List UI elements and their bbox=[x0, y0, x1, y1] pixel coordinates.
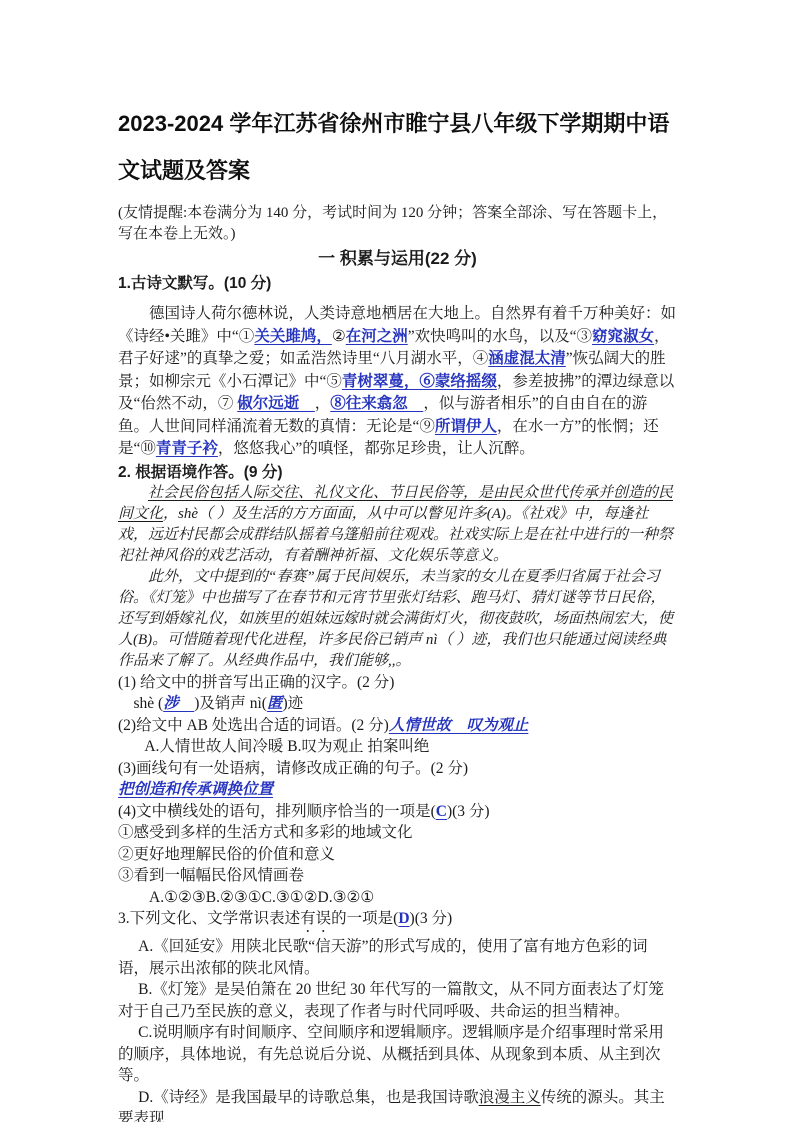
section-1-heading: 一 积累与运用(22 分) bbox=[118, 248, 677, 270]
question-1-passage: 德国诗人荷尔德林说，人类诗意地栖居在大地上。自然界有着千万种美好：如《诗经•关雎… bbox=[118, 303, 677, 461]
q1-answer-blank-2: 在河之洲 bbox=[346, 328, 408, 345]
question-2-4-item-1: ①感受到多样的生活方式和多彩的地域文化 bbox=[118, 822, 677, 844]
underlined-term: 浪漫主义 bbox=[479, 1089, 541, 1106]
question-2-3-answer: 把创造和传承调换位置 bbox=[118, 779, 677, 801]
question-2-2-label: (2)给文中 AB 处选出合适的词语。(2 分) bbox=[118, 717, 389, 734]
question-2-2-options: A.人情世故人间冷暖 B.叹为观止 拍案叫绝 bbox=[118, 736, 677, 758]
question-1-heading: 1.古诗文默写。(10 分) bbox=[118, 273, 677, 294]
question-2-4-label: (4)文中横线处的语句，排列顺序恰当的一项是(C)(3 分) bbox=[118, 801, 677, 823]
question-2-1-label: (1) 给文中的拼音写出正确的汉字。(2 分) bbox=[118, 672, 677, 694]
question-2-1-answer: shè (涉 )及销声 nì(匿)迹 bbox=[118, 693, 677, 715]
q1-answer-blank-4: 涵虚混太清 bbox=[488, 350, 566, 367]
document-page: 2023-2024 学年江苏省徐州市睢宁县八年级下学期期中语文试题及答案 (友情… bbox=[0, 0, 793, 1122]
question-3-option-d: D.《诗经》是我国最早的诗歌总集，也是我国诗歌浪漫主义传统的源头。其主要表现 bbox=[118, 1087, 677, 1122]
exam-title: 2023-2024 学年江苏省徐州市睢宁县八年级下学期期中语文试题及答案 bbox=[118, 100, 677, 194]
exam-notice: (友情提醒:本卷满分为 140 分，考试时间为 120 分钟；答案全部涂、写在答… bbox=[118, 203, 677, 245]
question-3-answer: D bbox=[398, 910, 409, 927]
question-2-4-item-2: ②更好地理解民俗的价值和意义 bbox=[118, 844, 677, 866]
question-2-heading: 2. 根据语境作答。(9 分) bbox=[118, 462, 677, 483]
passage-text: ，悠悠我心”的嗔怪，都弥足珍贵，让人沉醉。 bbox=[218, 440, 535, 457]
pinyin-answer-she: 涉 bbox=[163, 695, 194, 712]
heading-text: 的一项是( bbox=[331, 910, 398, 927]
question-2-4-choices: A.①②③B.②③①C.③①②D.③②① bbox=[118, 887, 677, 909]
question-3-option-c: C.说明顺序有时间顺序、空间顺序和逻辑顺序。逻辑顺序是介绍事理时常采用的顺序，具… bbox=[118, 1022, 677, 1087]
emphasis-word: 有误 bbox=[300, 910, 331, 927]
pinyin-answer-ni: 匿 bbox=[267, 695, 283, 712]
question-2-2-answer: 人情世故 叹为观止 bbox=[389, 717, 529, 734]
pinyin-text: shè ( bbox=[134, 695, 164, 712]
question-2-context-1: 社会民俗包括人际交往、礼仪文化、节日民俗等，是由民众世代传承并创造的民间文化，s… bbox=[118, 483, 677, 567]
question-2-3-label: (3)画线句有一处语病，请修改成正确的句子。(2 分) bbox=[118, 758, 677, 780]
passage-text: ”欢快鸣叫的水鸟，以及“③ bbox=[408, 328, 592, 345]
q1-answer-blank-9: 所谓伊人 bbox=[435, 418, 497, 435]
question-2-4-item-3: ③看到一幅幅民俗风情画卷 bbox=[118, 865, 677, 887]
q1-answer-blank-5-6: 青树翠蔓，⑥蒙络摇缀 bbox=[342, 373, 497, 390]
question-3-option-a: A.《回延安》用陕北民歌“信天游”的形式写成的，使用了富有地方色彩的词语，展示出… bbox=[118, 936, 677, 979]
passage-text: ， bbox=[315, 395, 331, 412]
context-text: ，shè（ ）及生活的方方面面，从中可以瞥见许多(A)。《社戏》中，每逢社戏，远… bbox=[118, 506, 673, 564]
q1-answer-blank-3: 窈窕淑女 bbox=[592, 328, 654, 345]
q1-answer-blank-1: 关关雎鸠， bbox=[254, 328, 332, 345]
pinyin-text: )及销声 nì( bbox=[194, 695, 267, 712]
question-2-4-answer: C bbox=[436, 803, 447, 820]
label-text: (4)文中横线处的语句，排列顺序恰当的一项是( bbox=[118, 803, 436, 820]
question-2-context-2: 此外，文中提到的“春赛”属于民间娱乐，未当家的女儿在夏季归省属于社会习俗。《灯笼… bbox=[118, 567, 677, 672]
heading-text: 3.下列文化、文学常识表述 bbox=[118, 910, 300, 927]
pinyin-text: )迹 bbox=[283, 695, 304, 712]
question-3-heading: 3.下列文化、文学常识表述有误的一项是(D)(3 分) bbox=[118, 908, 677, 936]
q1-answer-blank-10: 青青子衿 bbox=[156, 440, 218, 457]
q1-answer-blank-8: ⑧往来翕忽 bbox=[330, 395, 423, 412]
label-text: )(3 分) bbox=[447, 803, 490, 820]
heading-text: )(3 分) bbox=[410, 910, 453, 927]
q1-answer-blank-7: 俶尔远逝 bbox=[237, 395, 315, 412]
option-text: D.《诗经》是我国最早的诗歌总集，也是我国诗歌 bbox=[138, 1089, 479, 1106]
question-3-option-b: B.《灯笼》是吴伯箫在 20 世纪 30 年代写的一篇散文，从不同方面表达了灯笼… bbox=[118, 979, 677, 1022]
passage-text: ② bbox=[332, 328, 346, 345]
question-2-2-line: (2)给文中 AB 处选出合适的词语。(2 分)人情世故 叹为观止 bbox=[118, 715, 677, 737]
